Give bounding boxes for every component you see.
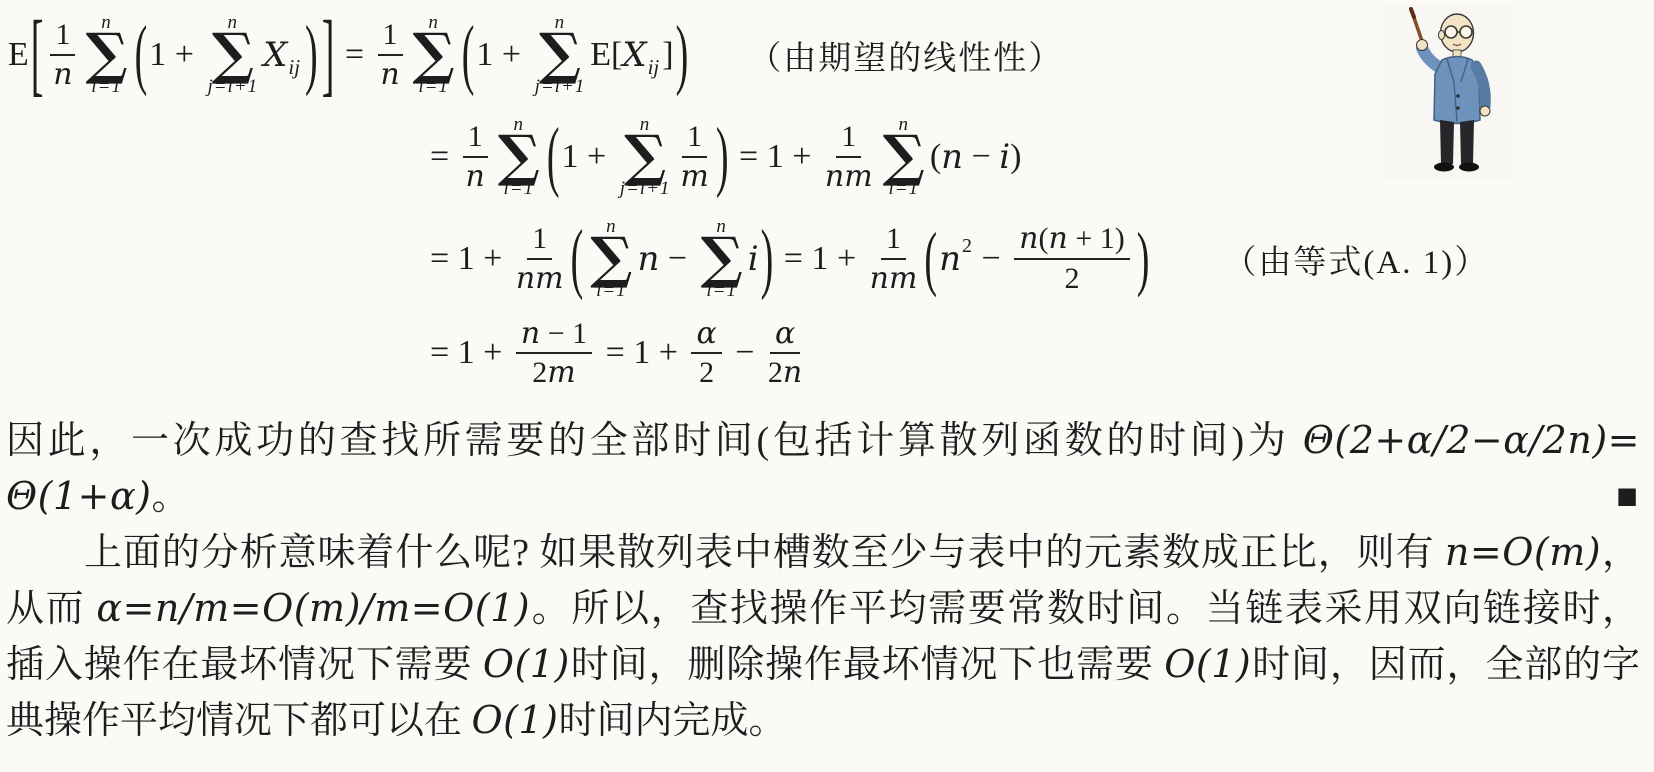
equation-annotation: （由等式(A. 1)） bbox=[1223, 236, 1489, 283]
body-line-3: 上面的分析意味着什么呢? 如果散列表中槽数至少与表中的元素数成正比，则有 n=O… bbox=[6, 524, 1640, 580]
equation-line: = 1nn∑i=1(1 + n∑j=i+11m) = 1 + 1nmn∑i=1(… bbox=[430, 115, 1021, 199]
inline-math: O(1) bbox=[483, 642, 570, 686]
text-run: 。 bbox=[151, 476, 189, 518]
text-run: 。所以，查找操作平均需要常数时间。当链表采用双向链接时， bbox=[530, 588, 1640, 630]
inline-math: Θ(2+α/2−α/2n)= bbox=[1303, 418, 1640, 462]
equation-annotation: （由期望的线性性） bbox=[748, 32, 1063, 79]
text-run: 插入操作在最坏情况下需要 bbox=[6, 644, 483, 686]
body-line-2: Θ(1+α)。■ bbox=[6, 468, 1640, 524]
equation-row-4: = 1 + n − 12m = 1 + α2 − α2n bbox=[430, 310, 1654, 396]
qed-square: ■ bbox=[1616, 468, 1638, 524]
pointing-teacher-illustration bbox=[1384, 4, 1512, 180]
inline-math: O(1) bbox=[472, 698, 559, 742]
body-line-6: 典操作平均情况下都可以在 O(1)时间内完成。 bbox=[6, 692, 1640, 748]
body-line-5: 插入操作在最坏情况下需要 O(1)时间，删除操作最坏情况下也需要 O(1)时间，… bbox=[6, 636, 1640, 692]
text-run: 从而 bbox=[6, 588, 96, 630]
text-run: 因此，一次成功的查找所需要的全部时间(包括计算散列函数的时间)为 bbox=[6, 420, 1303, 462]
hand bbox=[1480, 106, 1490, 116]
inline-math: α=n/m=O(m)/m=O(1) bbox=[96, 586, 530, 630]
equation-line: = 1 + 1nm(n∑i=1n − n∑i=1i) = 1 + 1nm(n2 … bbox=[430, 217, 1151, 301]
text-run: 上面的分析意味着什么呢? 如果散列表中槽数至少与表中的元素数成正比，则有 bbox=[84, 532, 1445, 574]
hand bbox=[1417, 40, 1428, 51]
text-run: ， bbox=[1601, 532, 1640, 574]
text-run: 时间内完成。 bbox=[559, 700, 787, 742]
inline-math: n=O(m) bbox=[1445, 530, 1601, 574]
textbook-page: E[1nn∑i=1(1 + n∑j=i+1Xij)] = 1nn∑i=1(1 +… bbox=[0, 0, 1654, 772]
equation-row-3: = 1 + 1nm(n∑i=1n − n∑i=1i) = 1 + 1nm(n2 … bbox=[430, 208, 1654, 310]
body-line-4: 从而 α=n/m=O(m)/m=O(1)。所以，查找操作平均需要常数时间。当链表… bbox=[6, 580, 1640, 636]
text-run: 时间，因而，全部的字 bbox=[1251, 644, 1640, 686]
body-line-1: 因此，一次成功的查找所需要的全部时间(包括计算散列函数的时间)为 Θ(2+α/2… bbox=[6, 412, 1640, 468]
text-run: 时间，删除操作最坏情况下也需要 bbox=[570, 644, 1164, 686]
text-run: 典操作平均情况下都可以在 bbox=[6, 700, 472, 742]
inline-math: O(1) bbox=[1164, 642, 1251, 686]
equation-line: = 1 + n − 12m = 1 + α2 − α2n bbox=[430, 318, 807, 389]
body-paragraphs: 因此，一次成功的查找所需要的全部时间(包括计算散列函数的时间)为 Θ(2+α/2… bbox=[0, 412, 1654, 748]
equation-line: E[1nn∑i=1(1 + n∑j=i+1Xij)] = 1nn∑i=1(1 +… bbox=[8, 13, 690, 97]
inline-math: Θ(1+α) bbox=[6, 474, 151, 518]
